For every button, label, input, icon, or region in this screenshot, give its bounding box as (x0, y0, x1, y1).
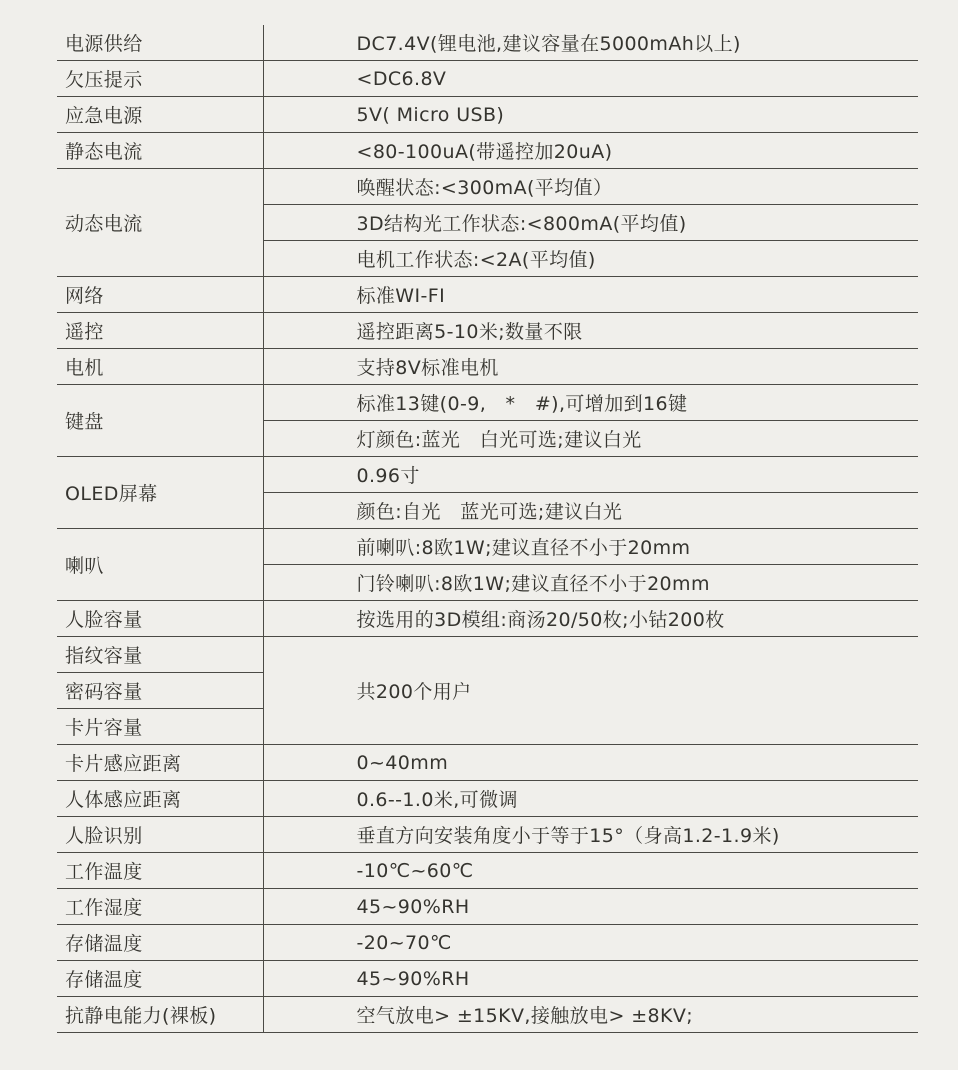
table-row: 存储温度 45~90%RH (57, 961, 918, 997)
table-row: 指纹容量 共200个用户 (57, 637, 918, 673)
spec-label: 网络 (57, 277, 263, 313)
spec-label: 指纹容量 (57, 637, 263, 673)
spec-value: 门铃喇叭:8欧1W;建议直径不小于20mm (263, 565, 918, 601)
spec-label: 静态电流 (57, 133, 263, 169)
spec-value: <80-100uA(带遥控加20uA) (263, 133, 918, 169)
spec-value: 灯颜色:蓝光 白光可选;建议白光 (263, 421, 918, 457)
spec-value: 45~90%RH (263, 889, 918, 925)
spec-label: 卡片感应距离 (57, 745, 263, 781)
spec-value: 电机工作状态:<2A(平均值) (263, 241, 918, 277)
spec-label: 电源供给 (57, 25, 263, 61)
spec-value: 标准WI-FI (263, 277, 918, 313)
table-row: 工作湿度 45~90%RH (57, 889, 918, 925)
table-row: 欠压提示 <DC6.8V (57, 61, 918, 97)
spec-value: 5V( Micro USB) (263, 97, 918, 133)
table-row: 工作温度 -10℃~60℃ (57, 853, 918, 889)
spec-label: 存储温度 (57, 925, 263, 961)
spec-value: 前喇叭:8欧1W;建议直径不小于20mm (263, 529, 918, 565)
table-row: 人脸容量 按选用的3D模组:商汤20/50枚;小钴200枚 (57, 601, 918, 637)
spec-value: -20~70℃ (263, 925, 918, 961)
spec-label: 卡片容量 (57, 709, 263, 745)
spec-label: 密码容量 (57, 673, 263, 709)
spec-value: 遥控距离5-10米;数量不限 (263, 313, 918, 349)
spec-value: DC7.4V(锂电池,建议容量在5000mAh以上) (263, 25, 918, 61)
spec-value: 颜色:自光 蓝光可选;建议白光 (263, 493, 918, 529)
spec-value: 标准13键(0-9, * #),可增加到16键 (263, 385, 918, 421)
spec-value: 0.6--1.0米,可微调 (263, 781, 918, 817)
table-row: 电源供给 DC7.4V(锂电池,建议容量在5000mAh以上) (57, 25, 918, 61)
spec-label: 动态电流 (57, 169, 263, 277)
spec-label: 工作湿度 (57, 889, 263, 925)
table-row: 应急电源 5V( Micro USB) (57, 97, 918, 133)
spec-value: 唤醒状态:<300mA(平均值） (263, 169, 918, 205)
spec-label: 工作温度 (57, 853, 263, 889)
spec-label: OLED屏幕 (57, 457, 263, 529)
spec-value: 空气放电> ±15KV,接触放电> ±8KV; (263, 997, 918, 1033)
spec-label: 喇叭 (57, 529, 263, 601)
table-row: 网络 标准WI-FI (57, 277, 918, 313)
table-row: 动态电流 唤醒状态:<300mA(平均值） (57, 169, 918, 205)
spec-label: 键盘 (57, 385, 263, 457)
spec-value: 0~40mm (263, 745, 918, 781)
spec-value: 共200个用户 (263, 637, 918, 745)
spec-value: 支持8V标准电机 (263, 349, 918, 385)
spec-table: 电源供给 DC7.4V(锂电池,建议容量在5000mAh以上) 欠压提示 <DC… (57, 25, 918, 1033)
spec-value: 垂直方向安装角度小于等于15°（身高1.2-1.9米) (263, 817, 918, 853)
table-row: 存储温度 -20~70℃ (57, 925, 918, 961)
spec-label: 人体感应距离 (57, 781, 263, 817)
table-row: 喇叭 前喇叭:8欧1W;建议直径不小于20mm (57, 529, 918, 565)
spec-value: <DC6.8V (263, 61, 918, 97)
spec-label: 应急电源 (57, 97, 263, 133)
table-row: 抗静电能力(裸板) 空气放电> ±15KV,接触放电> ±8KV; (57, 997, 918, 1033)
spec-value: 3D结构光工作状态:<800mA(平均值) (263, 205, 918, 241)
spec-label: 人脸容量 (57, 601, 263, 637)
table-row: 静态电流 <80-100uA(带遥控加20uA) (57, 133, 918, 169)
spec-value: 按选用的3D模组:商汤20/50枚;小钴200枚 (263, 601, 918, 637)
table-row: OLED屏幕 0.96寸 (57, 457, 918, 493)
page: { "table": { "title": "产品规格参数表", "colors… (0, 0, 958, 1070)
table-row: 键盘 标准13键(0-9, * #),可增加到16键 (57, 385, 918, 421)
table-row: 电机 支持8V标准电机 (57, 349, 918, 385)
table-row: 遥控 遥控距离5-10米;数量不限 (57, 313, 918, 349)
table-row: 卡片感应距离 0~40mm (57, 745, 918, 781)
spec-label: 欠压提示 (57, 61, 263, 97)
spec-label: 电机 (57, 349, 263, 385)
spec-label: 抗静电能力(裸板) (57, 997, 263, 1033)
table-row: 人脸识别 垂直方向安装角度小于等于15°（身高1.2-1.9米) (57, 817, 918, 853)
spec-label: 遥控 (57, 313, 263, 349)
table-row: 人体感应距离 0.6--1.0米,可微调 (57, 781, 918, 817)
spec-value: -10℃~60℃ (263, 853, 918, 889)
spec-value: 0.96寸 (263, 457, 918, 493)
spec-label: 存储温度 (57, 961, 263, 997)
spec-label: 人脸识别 (57, 817, 263, 853)
spec-value: 45~90%RH (263, 961, 918, 997)
